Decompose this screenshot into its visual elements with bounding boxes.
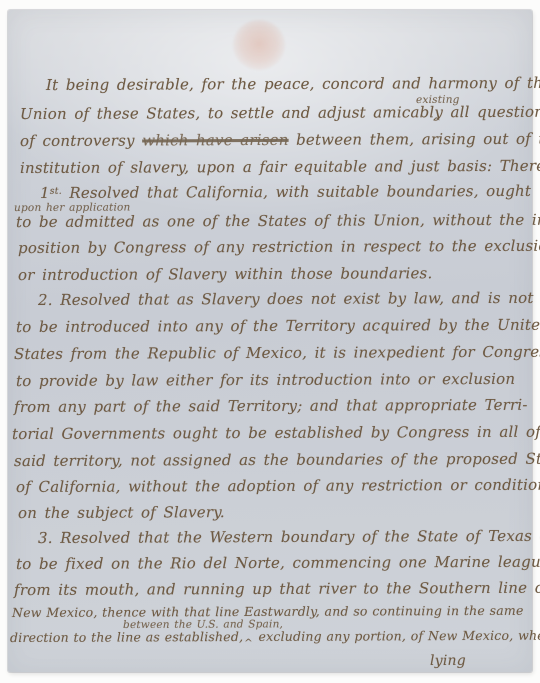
manuscript-line: torial Governments ought to be establish… — [12, 423, 540, 443]
manuscript-line: to be introduced into any of the Territo… — [16, 316, 540, 336]
manuscript-line: to be fixed on the Rio del Norte, commen… — [16, 553, 540, 573]
manuscript-line: institution of slavery, upon a fair equi… — [20, 157, 540, 177]
manuscript-line: 3. Resolved that the Western boundary of… — [38, 527, 540, 547]
manuscript-line: or introduction of Slavery within those … — [18, 264, 432, 284]
manuscript-line: said territory, not assigned as the boun… — [14, 450, 540, 470]
manuscript-line: from any part of the said Territory; and… — [14, 396, 528, 416]
manuscript-line: on the subject of Slavery. — [18, 503, 225, 522]
caret-mark: ^ — [432, 116, 441, 128]
manuscript-text: It being desirable, for the peace, conco… — [8, 10, 532, 672]
struck-out-text: which have arisen — [142, 131, 288, 150]
manuscript-line: 1st. Resolved that California, with suit… — [40, 182, 531, 202]
manuscript-line: It being desirable, for the peace, conco… — [46, 74, 540, 94]
manuscript-line: 2. Resolved that as Slavery does not exi… — [38, 289, 540, 309]
manuscript-line: to be admitted as one of the States of t… — [16, 211, 540, 231]
document-scan: It being desirable, for the peace, conco… — [0, 0, 540, 683]
manuscript-line: to provide by law either for its introdu… — [16, 370, 515, 390]
manuscript-line: Union of these States, to settle and adj… — [20, 103, 540, 123]
manuscript-line: States from the Republic of Mexico, it i… — [14, 343, 540, 363]
manuscript-line: position by Congress of any restriction … — [18, 237, 540, 257]
manuscript-line: of controversy which have arisen between… — [20, 130, 540, 150]
manuscript-line: of California, without the adoption of a… — [16, 476, 540, 496]
catchword: lying — [430, 653, 466, 669]
manuscript-line: direction to the line as established,^ e… — [10, 628, 540, 650]
manuscript-line: from its mouth, and running up that rive… — [14, 579, 540, 599]
manuscript-page: It being desirable, for the peace, conco… — [8, 10, 532, 672]
caret-mark: ^ — [244, 637, 253, 648]
